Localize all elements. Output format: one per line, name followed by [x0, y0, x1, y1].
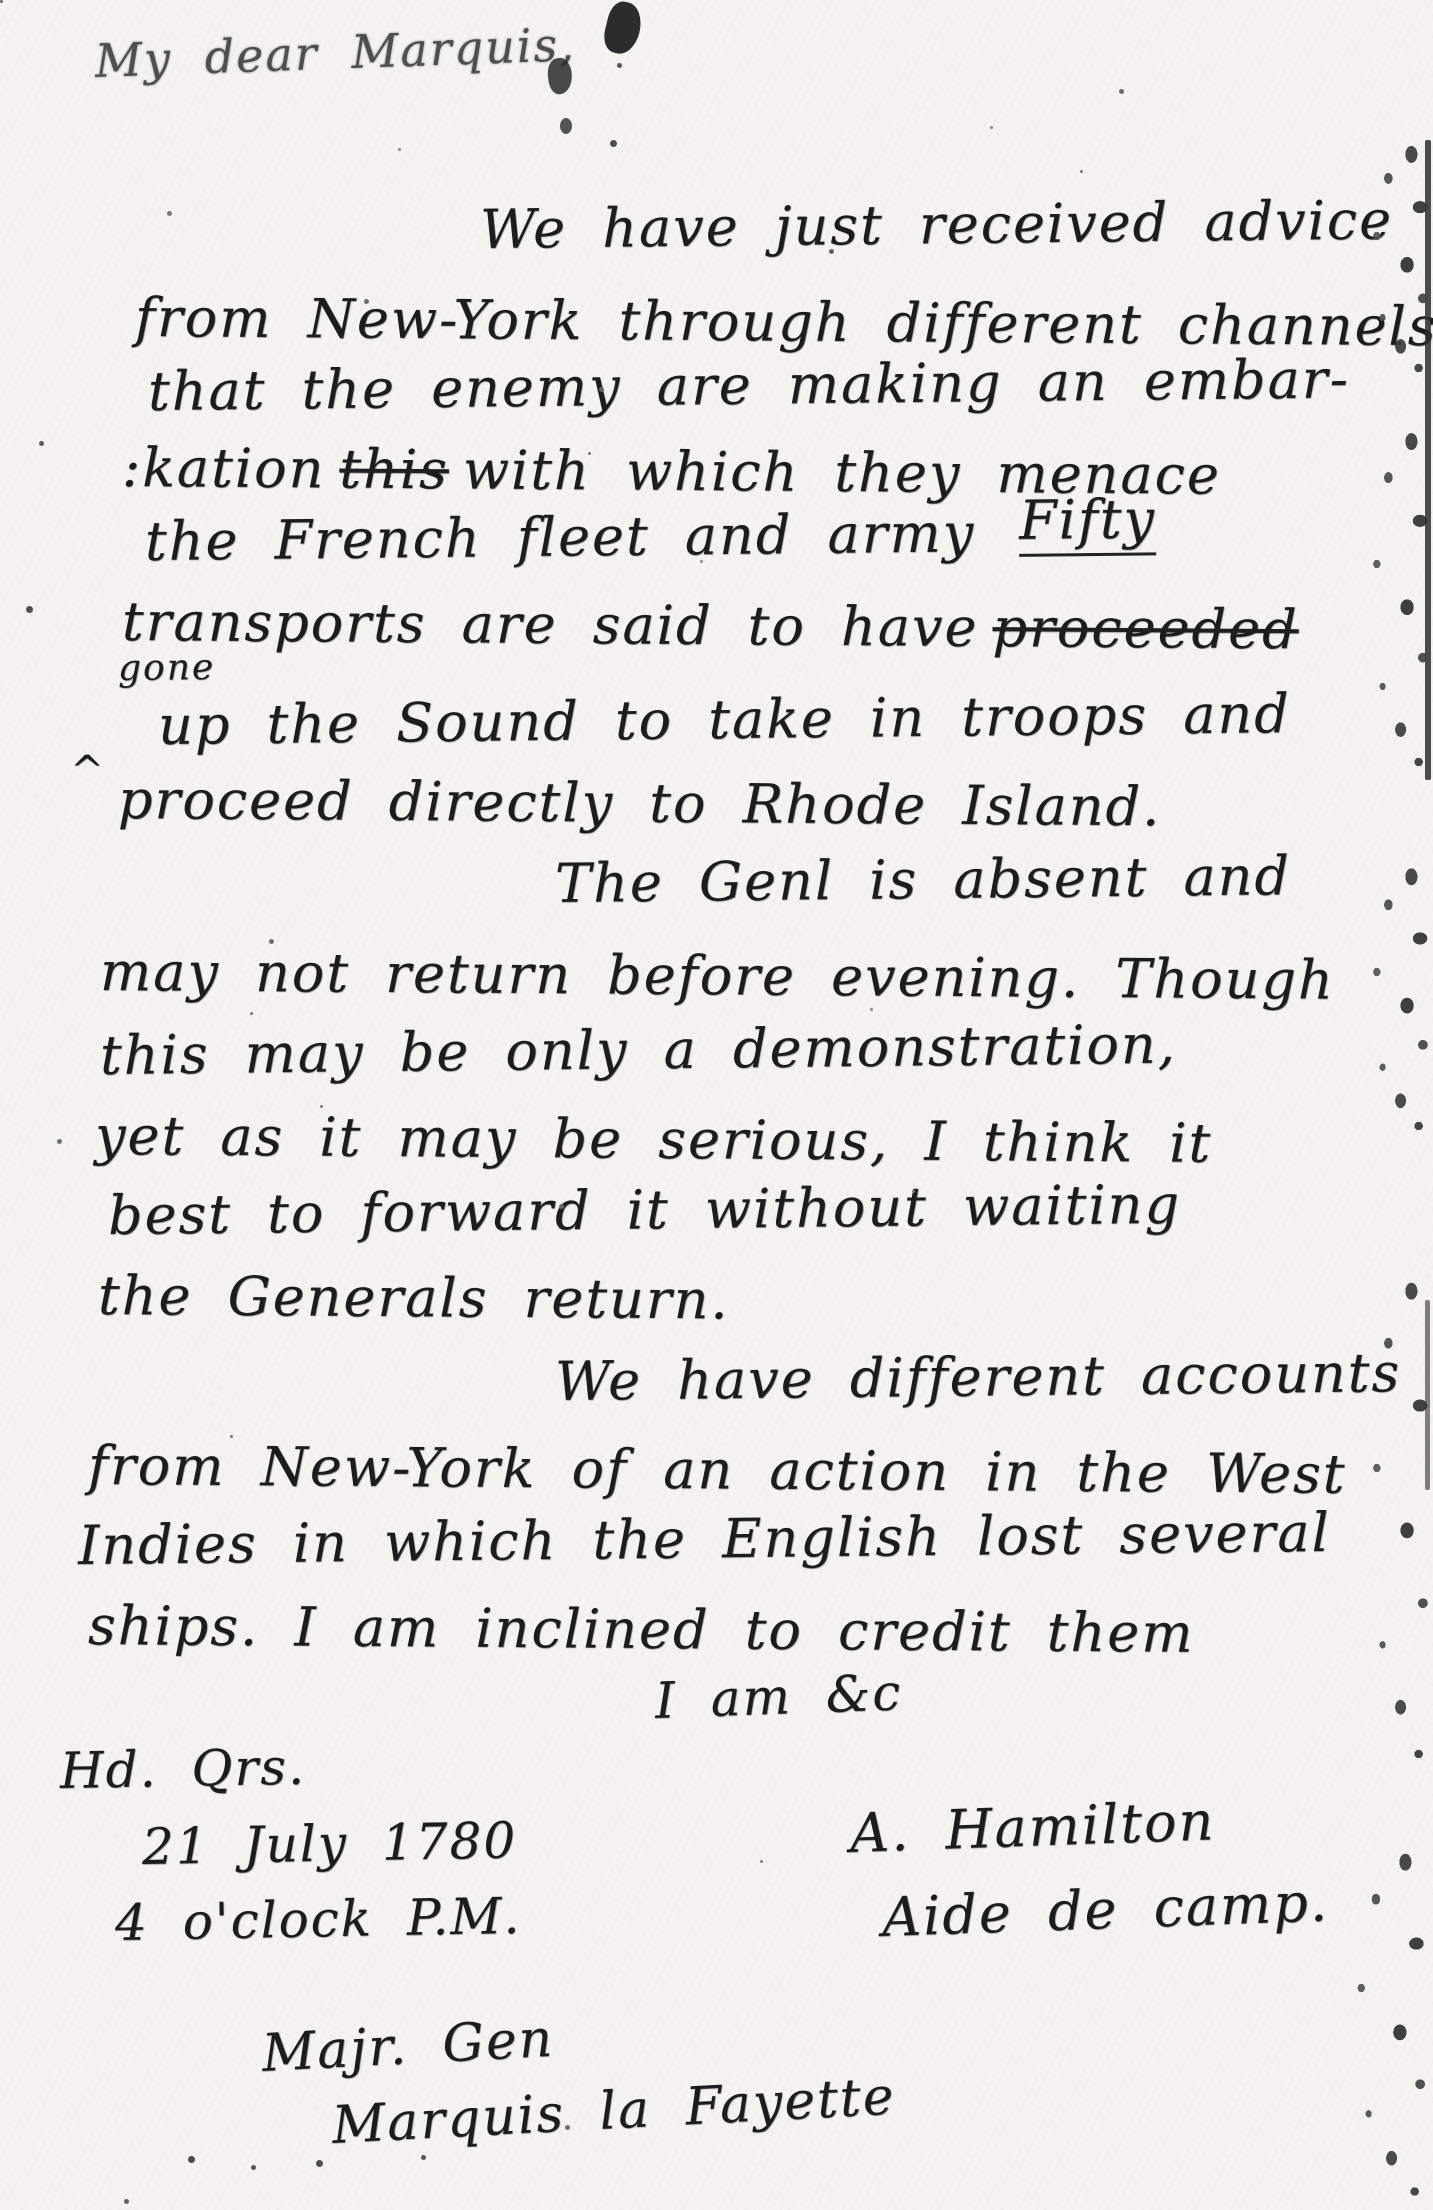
handwritten-line: Indies in which the English lost several [78, 1501, 1331, 1577]
edge-speckle-cluster [1361, 860, 1433, 1140]
line-segment: transports are said to have [122, 590, 979, 659]
handwritten-line: ^proceed directly to Rhode Island. [118, 768, 1162, 838]
scan-dust [0, 0, 3, 3]
handwritten-line: the Generals return. [98, 1264, 730, 1331]
handwritten-line: yet as it may be serious, I think it [95, 1104, 1213, 1175]
inserted-word: Fifty [1019, 487, 1157, 556]
letter-page: My dear Marquis, We have just received a… [0, 0, 1433, 2210]
handwritten-line: The Genl is absent and [555, 844, 1292, 915]
dateline-date: 21 July 1780 [141, 1811, 517, 1876]
handwritten-line: transports are said to haveproceeded [122, 590, 1299, 661]
handwritten-line: the French fleet and armyFifty [145, 499, 1157, 578]
line-segment: :kation [122, 436, 326, 500]
signature-name: A. Hamilton [849, 1789, 1216, 1865]
ink-smudge [600, 0, 646, 57]
salutation: My dear Marquis, [94, 17, 577, 88]
handwritten-line: this may be only a demonstration, [100, 1013, 1177, 1087]
strikethrough-text: proceeded [992, 596, 1299, 661]
closing: I am &c [654, 1663, 903, 1730]
handwritten-line: up the Sound to take in troops and [158, 682, 1291, 757]
ink-blot [560, 118, 572, 134]
handwritten-line: best to forward it without waiting [108, 1173, 1182, 1247]
dateline-time: 4 o'clock P.M. [114, 1887, 521, 1952]
handwritten-line: We have just received advice [480, 188, 1394, 261]
address-recipient-name: Marquis la Fayette [330, 2067, 897, 2156]
dateline-place: Hd. Qrs. [59, 1738, 306, 1800]
interlineation: gone [118, 647, 216, 689]
handwritten-line: from New-York through different channels [135, 286, 1433, 358]
handwritten-line: from New-York of an action in the West [88, 1434, 1347, 1506]
handwritten-line: may not return before evening. Though [100, 940, 1335, 1012]
edge-speckle-cluster [1361, 420, 1433, 780]
signature-title: Aide de camp. [881, 1870, 1330, 1949]
caret-mark: ^ [70, 748, 106, 794]
handwritten-line: We have different accounts [555, 1341, 1402, 1413]
address-recipient-rank: Majr. Gen [260, 2009, 555, 2084]
edge-speckle-cluster [1361, 140, 1433, 380]
edge-speckle-cluster [1361, 1260, 1433, 1780]
handwritten-line: that the enemy are making an embar- [148, 347, 1350, 423]
edge-speckle-cluster [1341, 1840, 1433, 2210]
handwritten-line: ships. I am inclined to credit them [88, 1594, 1195, 1665]
line-segment: the French fleet and army [145, 501, 976, 573]
line-segment: proceed directly to Rhode Island. [118, 768, 1162, 838]
strikethrough-text: this [339, 438, 449, 502]
